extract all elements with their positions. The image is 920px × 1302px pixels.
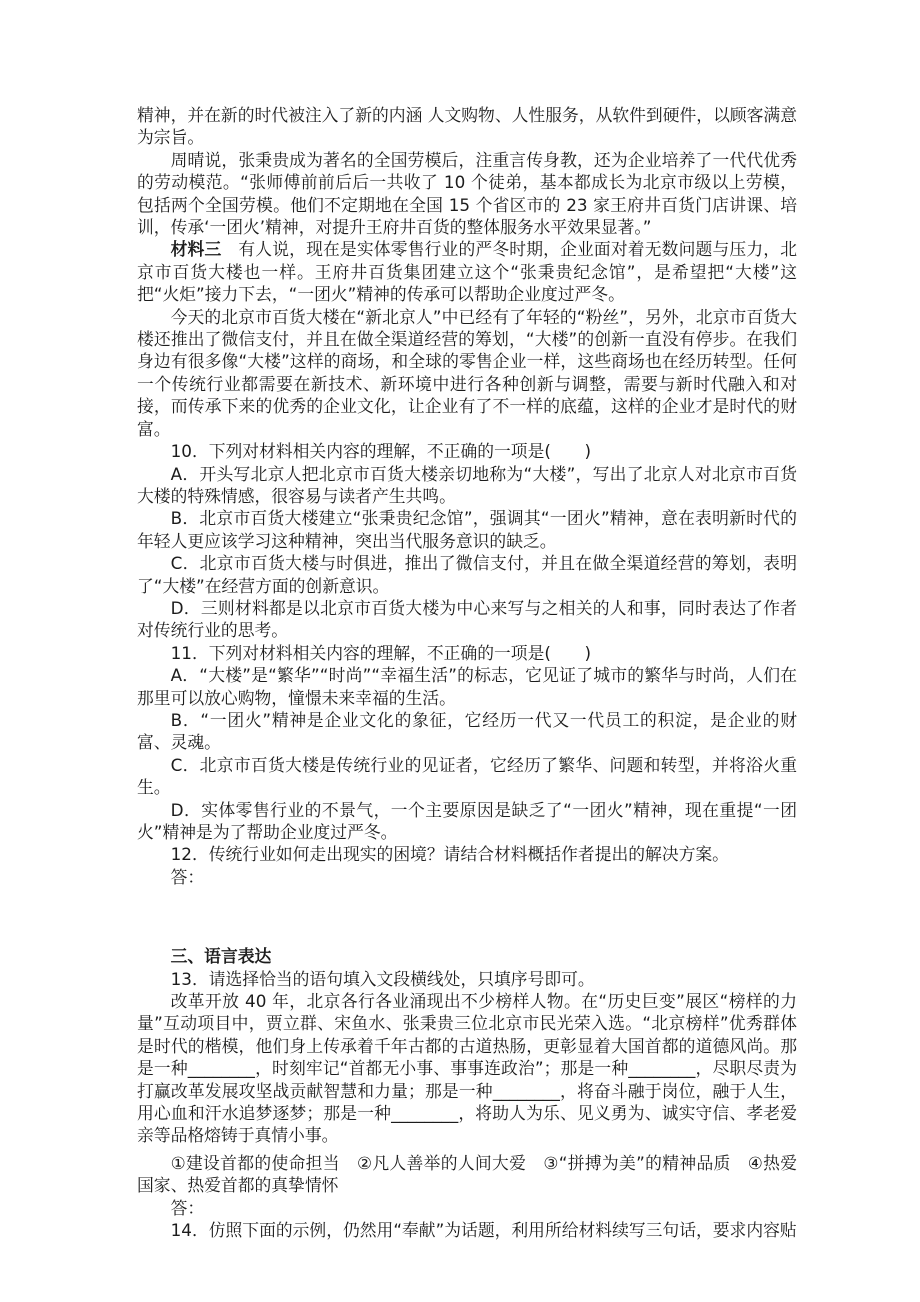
paragraph-continuation: 精神，并在新的时代被注入了新的内涵 人文购物、人性服务，从软件到硬件，以顾客满意… <box>137 104 797 149</box>
q13-passage: 改革开放 40 年，北京各行各业涌现出不少榜样人物。在“历史巨变”展区“榜样的力… <box>137 990 797 1147</box>
q11-option-a: A．“大楼”是“繁华”“时尚”“幸福生活”的标志，它见证了城市的繁华与时尚，人们… <box>137 664 797 709</box>
q11-option-b: B．“一团火”精神是企业文化的象征，它经历一代又一代员工的积淀，是企业的财富、灵… <box>137 709 797 754</box>
q10-stem: 10．下列对材料相关内容的理解，不正确的一项是( ) <box>137 440 797 462</box>
q13-choices: ①建设首都的使命担当 ②凡人善举的人间大爱 ③“拼搏为美”的精神品质 ④热爱国家… <box>137 1152 797 1197</box>
paragraph-material3: 材料三 有人说，现在是实体零售行业的严冬时期，企业面对着无数问题与压力，北京市百… <box>137 238 797 305</box>
q11-stem: 11．下列对材料相关内容的理解，不正确的一项是( ) <box>137 642 797 664</box>
document-page: 精神，并在新的时代被注入了新的内涵 人文购物、人性服务，从软件到硬件，以顾客满意… <box>137 104 797 1242</box>
q13-answer-line: 答： <box>137 1197 797 1219</box>
q10-option-b: B．北京市百货大楼建立“张秉贵纪念馆”，强调其“一团火”精神，意在表明新时代的年… <box>137 507 797 552</box>
section-heading-language: 三、语言表达 <box>137 945 797 967</box>
q11-option-c: C．北京市百货大楼是传统行业的见证者，它经历了繁华、问题和转型，并将浴火重生。 <box>137 754 797 799</box>
q12-answer-line: 答： <box>137 866 797 888</box>
q12-stem: 12．传统行业如何走出现实的困境？请结合材料概括作者提出的解决方案。 <box>137 843 797 865</box>
q10-option-d: D．三则材料都是以北京市百货大楼为中心来写与之相关的人和事，同时表达了作者对传统… <box>137 597 797 642</box>
material3-text: 有人说，现在是实体零售行业的严冬时期，企业面对着无数问题与压力，北京市百货大楼也… <box>137 239 797 304</box>
q14-stem: 14．仿照下面的示例，仍然用“奉献”为话题，利用所给材料续写三句话，要求内容贴 <box>137 1219 797 1241</box>
paragraph-zhouqing: 周晴说，张秉贵成为著名的全国劳模后，注重言传身教，还为企业培养了一代代优秀的劳动… <box>137 149 797 239</box>
q11-option-d: D．实体零售行业的不景气，一个主要原因是缺乏了“一团火”精神，现在重提“一团火”… <box>137 799 797 844</box>
q13-stem: 13．请选择恰当的语句填入文段横线处，只填序号即可。 <box>137 968 797 990</box>
q10-option-c: C．北京市百货大楼与时俱进，推出了微信支付，并且在做全渠道经营的筹划，表明了“大… <box>137 552 797 597</box>
paragraph-today: 今天的北京市百货大楼在“新北京人”中已经有了年轻的“粉丝”，另外，北京市百货大楼… <box>137 306 797 440</box>
material3-label: 材料三 <box>171 239 222 259</box>
q10-option-a: A．开头写北京人把北京市百货大楼亲切地称为“大楼”，写出了北京人对北京市百货大楼… <box>137 463 797 508</box>
